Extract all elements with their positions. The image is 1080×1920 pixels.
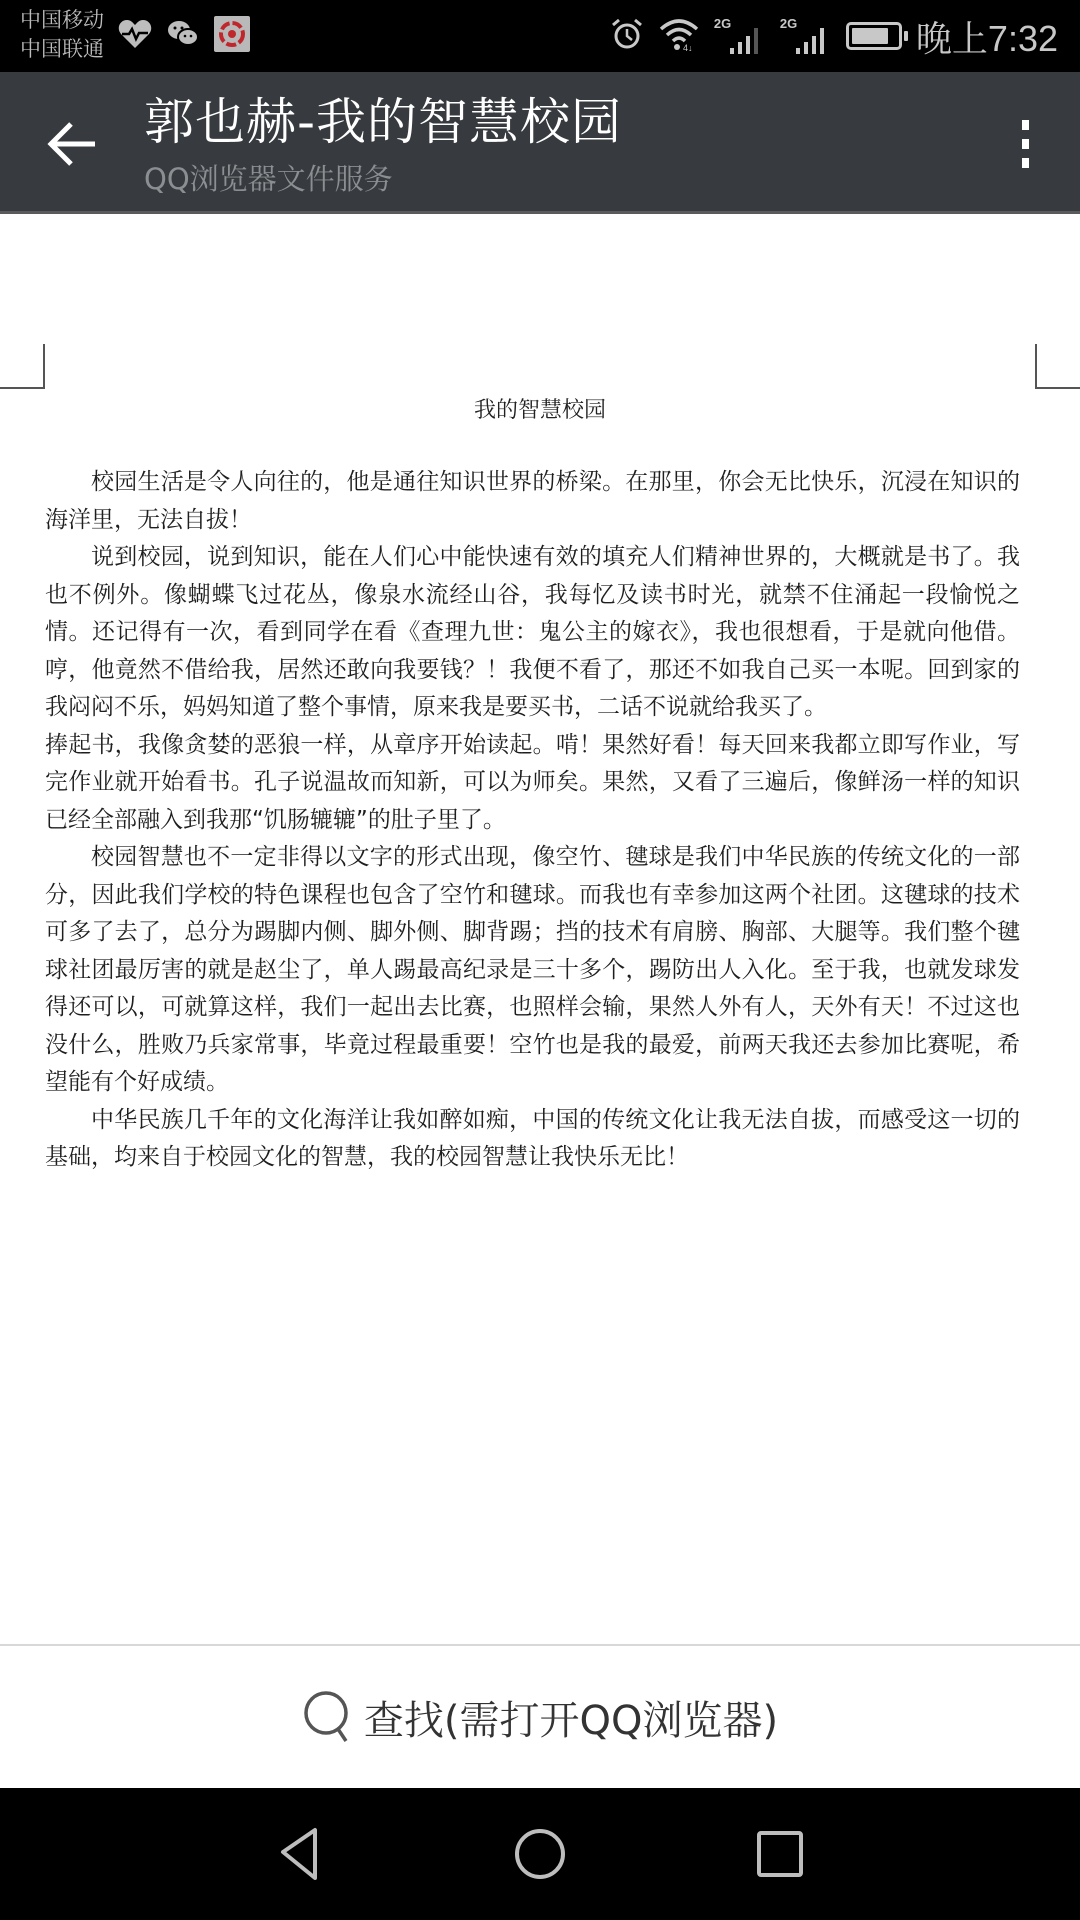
page-title: 郭也赫-我的智慧校园 xyxy=(144,90,622,154)
recents-square-icon xyxy=(755,1829,805,1879)
carrier-names: 中国移动 中国联通 xyxy=(20,6,104,64)
arrow-left-icon xyxy=(47,121,97,167)
more-options-button[interactable] xyxy=(1000,112,1050,176)
more-vertical-icon xyxy=(1022,120,1029,130)
wechat-icon xyxy=(166,18,200,54)
app-bar: 郭也赫-我的智慧校园 QQ浏览器文件服务 xyxy=(0,72,1080,214)
search-icon xyxy=(302,1689,354,1745)
document-viewer[interactable]: 我的智慧校园 校园生活是令人向往的，他是通往知识世界的桥梁。在那里，你会无比快乐… xyxy=(0,217,1080,1644)
find-label: 查找(需打开QQ浏览器) xyxy=(364,1689,778,1746)
battery-icon xyxy=(846,22,902,50)
paragraph: 中华民族几千年的文化海洋让我如醉如痴，中国的传统文化让我无法自拔，而感受这一切的… xyxy=(45,1102,1020,1177)
clock: 晚上7:32 xyxy=(916,11,1058,62)
nav-recents-button[interactable] xyxy=(744,1818,816,1890)
paragraph: 校园生活是令人向往的，他是通往知识世界的桥梁。在那里，你会无比快乐，沉浸在知识的… xyxy=(45,464,1020,539)
notification-icons xyxy=(118,16,250,56)
svg-text:4↓: 4↓ xyxy=(683,43,693,51)
paragraph: 说到校园，说到知识，能在人们心中能快速有效的填充人们精神世界的，大概就是书了。我… xyxy=(45,539,1020,727)
nav-home-button[interactable] xyxy=(504,1818,576,1890)
nav-back-button[interactable] xyxy=(264,1818,336,1890)
status-bar: 中国移动 中国联通 4↓ 2G 2G 晚上7:32 xyxy=(0,0,1080,72)
wifi-icon: 4↓ xyxy=(658,17,700,55)
alarm-icon xyxy=(610,17,644,55)
page-margin-corner-right xyxy=(1035,344,1080,389)
document-title: 我的智慧校园 xyxy=(0,393,1080,424)
ifeng-news-icon xyxy=(214,16,250,56)
system-status: 4↓ 2G 2G 晚上7:32 xyxy=(610,0,1058,72)
health-heart-icon xyxy=(118,18,152,54)
system-nav-bar xyxy=(0,1788,1080,1920)
back-button[interactable] xyxy=(36,108,108,180)
find-button[interactable]: 查找(需打开QQ浏览器) xyxy=(0,1644,1080,1788)
page-subtitle: QQ浏览器文件服务 xyxy=(144,160,393,198)
paragraph: 校园智慧也不一定非得以文字的形式出现，像空竹、毽球是我们中华民族的传统文化的一部… xyxy=(45,839,1020,1102)
paragraph: 捧起书，我像贪婪的恶狼一样，从章序开始读起。啃！果然好看！每天回来我都立即写作业… xyxy=(45,727,1020,840)
signal-2g-sim2-icon: 2G xyxy=(780,16,832,56)
carrier-2: 中国联通 xyxy=(20,35,104,64)
carrier-1: 中国移动 xyxy=(20,6,104,35)
document-body: 校园生活是令人向往的，他是通往知识世界的桥梁。在那里，你会无比快乐，沉浸在知识的… xyxy=(45,464,1020,1177)
page-margin-corner-left xyxy=(0,344,45,389)
back-triangle-icon xyxy=(275,1826,325,1882)
home-circle-icon xyxy=(512,1826,568,1882)
signal-2g-sim1-icon: 2G xyxy=(714,16,766,56)
